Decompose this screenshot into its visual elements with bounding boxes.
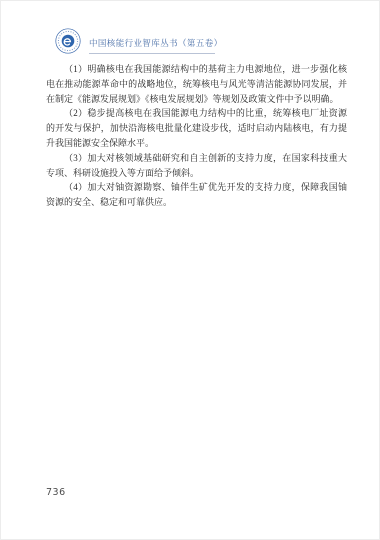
publisher-logo-icon (55, 28, 81, 54)
page-number: 736 (46, 487, 66, 498)
page-footer: 736 (46, 487, 66, 498)
paragraph-1: （1）明确核电在我国能源结构中的基荷主力电源地位，进一步强化核电在推动能源革命中… (46, 62, 347, 106)
paragraph-4: （4）加大对铀资源勘察、铀伴生矿优先开发的支持力度，保障我国铀资源的安全、稳定和… (46, 180, 347, 210)
page-body: （1）明确核电在我国能源结构中的基荷主力电源地位，进一步强化核电在推动能源革命中… (46, 62, 347, 210)
paragraph-2: （2）稳步提高核电在我国能源电力结构中的比重，统筹核电厂址资源的开发与保护，加快… (46, 106, 347, 150)
series-title: 中国核能行业智库丛书（第五卷） (89, 37, 223, 49)
paragraph-3: （3）加大对核领域基础研究和自主创新的支持力度，在国家科技重大专项、科研设施投入… (46, 151, 347, 181)
header-rule (89, 53, 215, 54)
book-page: 中国核能行业智库丛书（第五卷） （1）明确核电在我国能源结构中的基荷主力电源地位… (0, 0, 380, 540)
